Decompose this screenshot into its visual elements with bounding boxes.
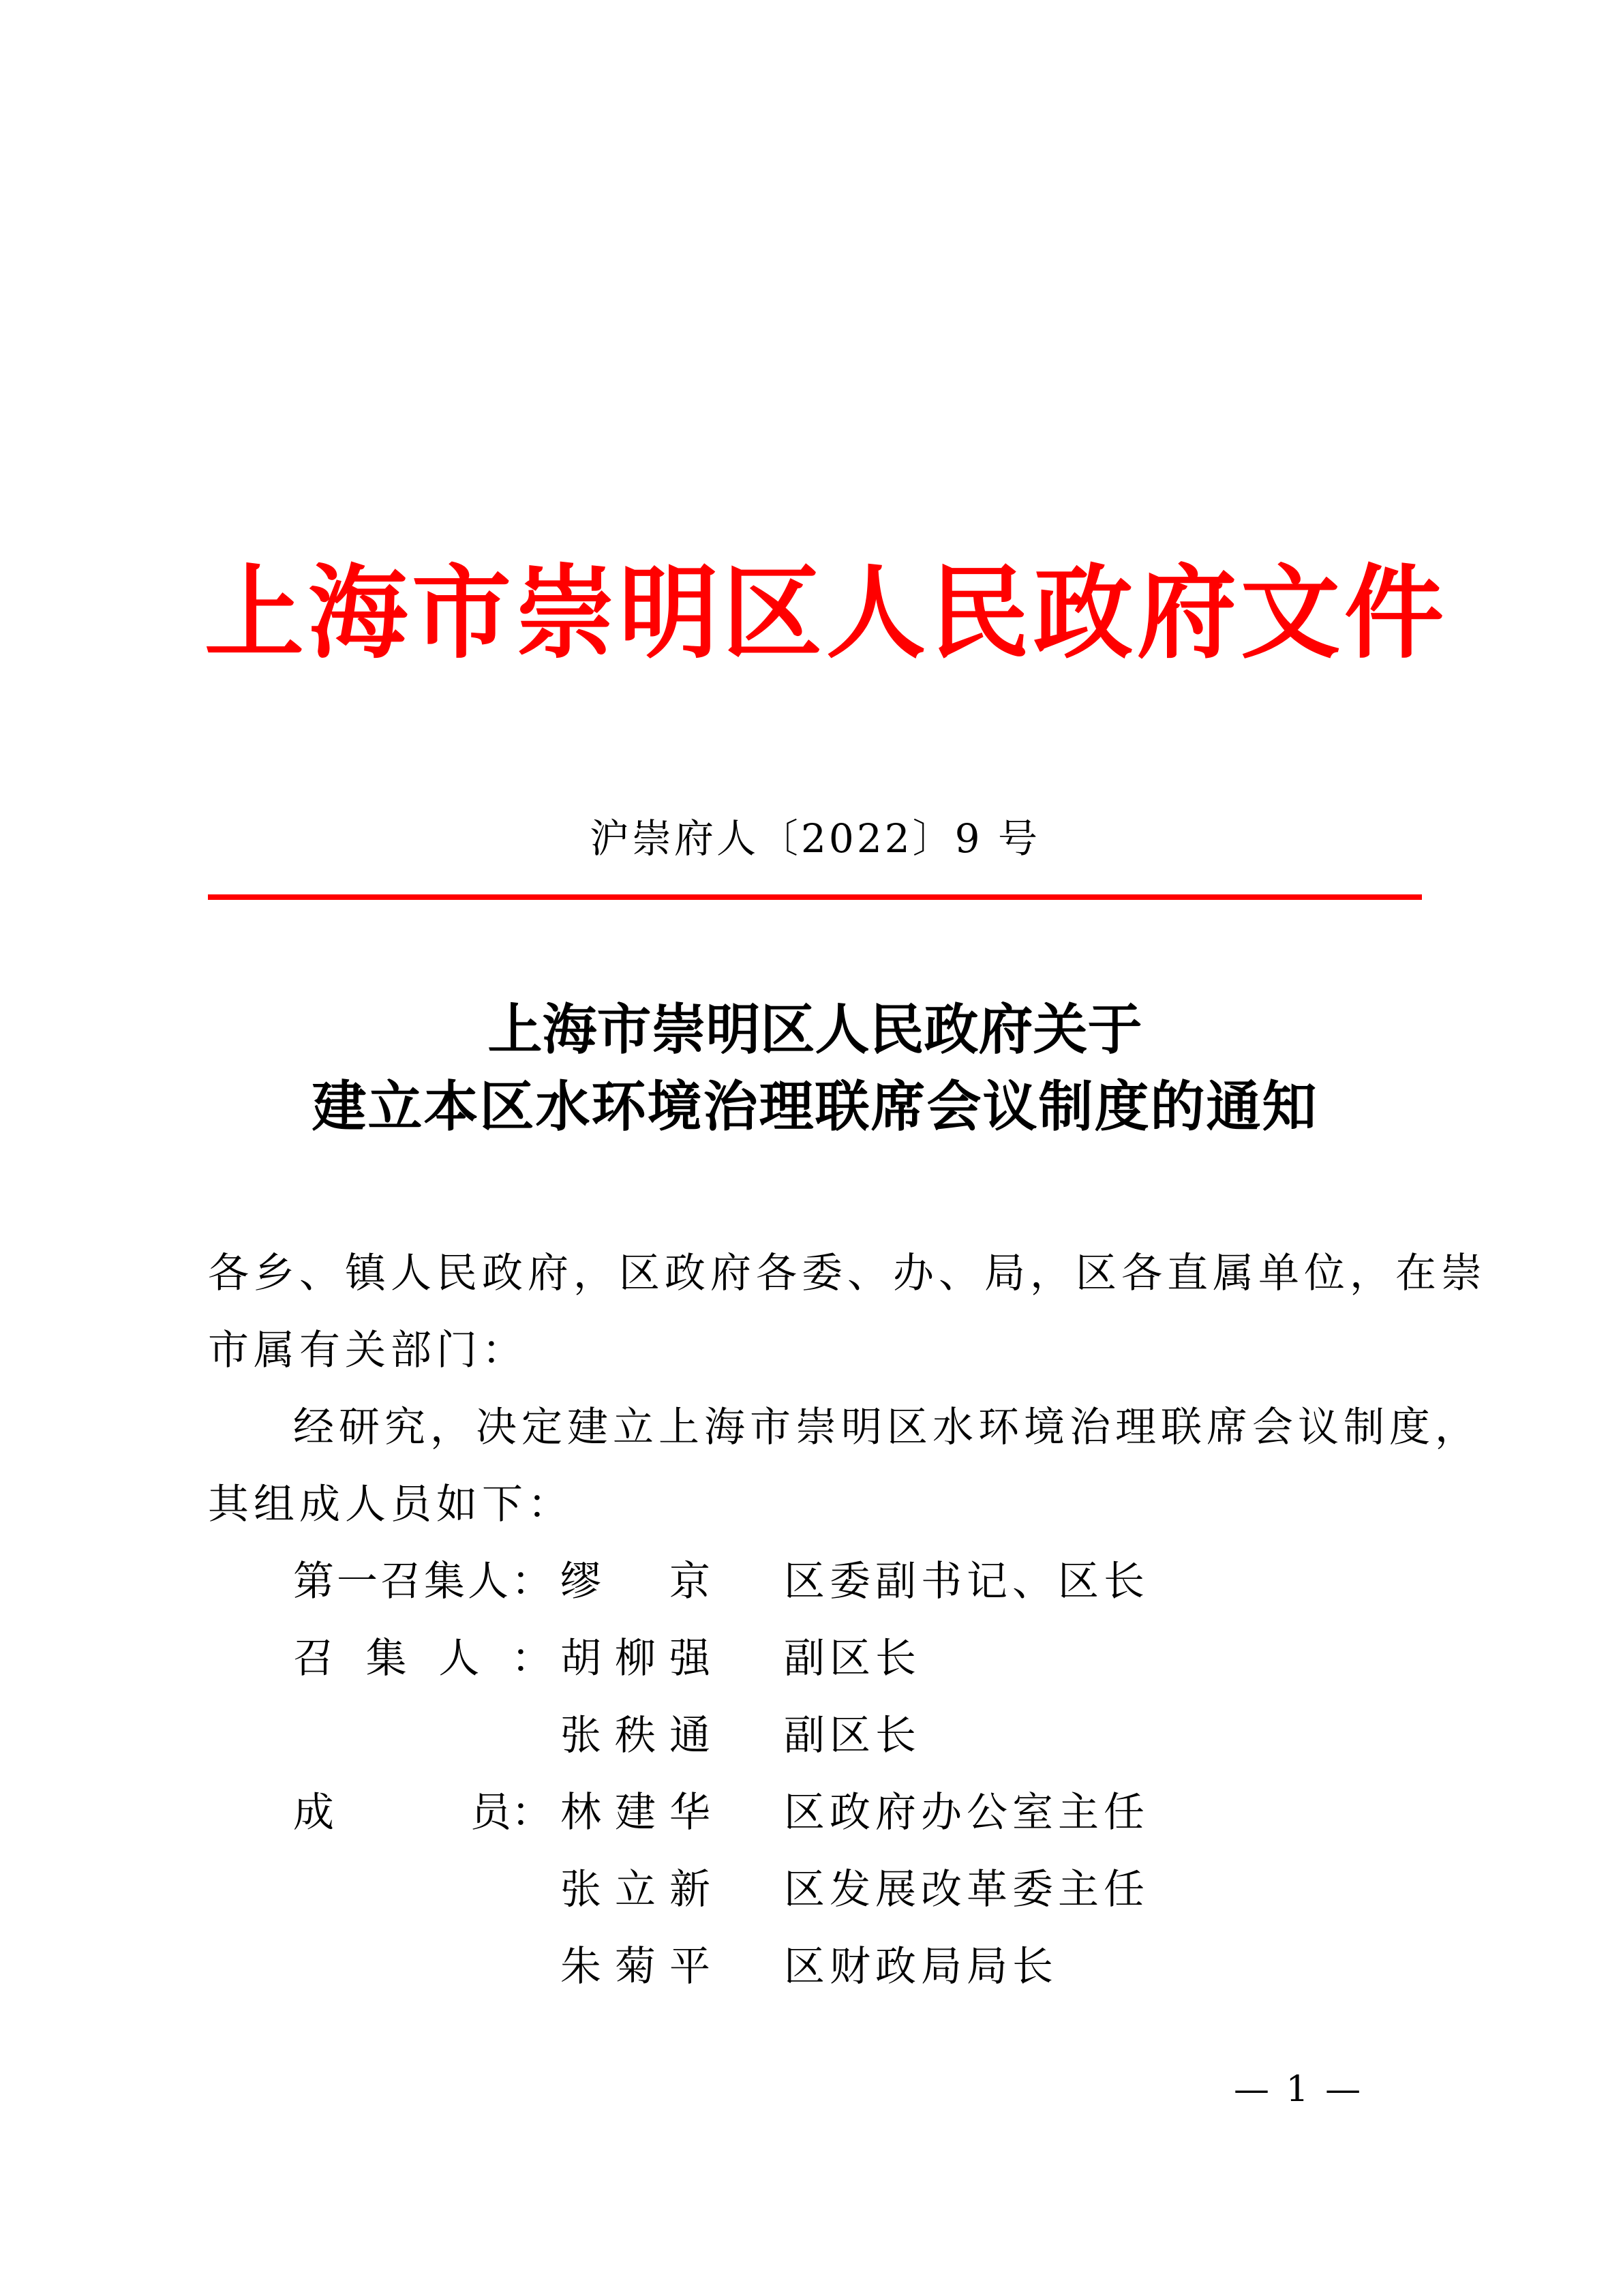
member-role: 第 一 召 集 人 ： <box>293 1554 552 1609</box>
document-title-line-1: 上海市崇明区人民政府关于 <box>208 992 1422 1067</box>
name-char: 强 <box>669 1631 710 1686</box>
role-char: 集 <box>424 1554 465 1609</box>
name-char: 张 <box>560 1862 601 1917</box>
role-colon: ： <box>511 1785 552 1840</box>
name-char: 通 <box>669 1708 710 1763</box>
red-divider-rule <box>208 894 1422 900</box>
member-position: 副区长 <box>784 1708 921 1763</box>
member-name: 林 建 华 <box>560 1785 710 1840</box>
paragraph-1-line-2: 其组成人员如下： <box>208 1477 573 1532</box>
name-char: 张 <box>560 1708 601 1763</box>
name-char: 立 <box>615 1862 656 1917</box>
member-name: 张 立 新 <box>560 1862 710 1917</box>
name-char: 胡 <box>560 1631 601 1686</box>
name-char: 林 <box>560 1785 601 1840</box>
document-title-line-2: 建立本区水环境治理联席会议制度的通知 <box>208 1069 1422 1144</box>
member-name: 张 秩 通 <box>560 1708 710 1763</box>
role-char: 第 <box>293 1554 334 1609</box>
name-char: 华 <box>669 1785 710 1840</box>
role-char: 集 <box>366 1631 407 1686</box>
page-number: — 1 — <box>1234 2066 1363 2113</box>
name-char: 京 <box>669 1554 710 1609</box>
member-role: 成 员 ： <box>293 1785 552 1840</box>
name-char: 柳 <box>615 1631 656 1686</box>
member-position: 区发展改革委主任 <box>784 1862 1149 1917</box>
addressee-line-2: 市属有关部门： <box>208 1323 528 1378</box>
role-char: 一 <box>337 1554 378 1609</box>
role-char: 成 <box>293 1785 334 1840</box>
name-char: 秩 <box>615 1708 656 1763</box>
role-char: 人 <box>468 1554 509 1609</box>
role-colon: ： <box>511 1554 552 1609</box>
member-name: 胡 柳 强 <box>560 1631 710 1686</box>
name-char: 新 <box>669 1862 710 1917</box>
masthead-title: 上海市崇明区人民政府文件 <box>204 552 1425 675</box>
role-char: 召 <box>380 1554 421 1609</box>
role-char: 召 <box>293 1631 334 1686</box>
member-position: 区委副书记、区长 <box>784 1554 1149 1609</box>
document-number: 沪崇府人〔2022〕9 号 <box>208 811 1422 866</box>
addressee-line-1: 各乡、镇人民政府，区政府各委、办、局，区各直属单位，在崇 <box>208 1246 1487 1301</box>
member-name: 朱 菊 平 <box>560 1939 710 1994</box>
member-position: 区政府办公室主任 <box>784 1785 1149 1840</box>
member-position: 区财政局局长 <box>784 1939 1058 1994</box>
member-name: 缪 京 <box>560 1554 710 1609</box>
name-char: 平 <box>669 1939 710 1994</box>
role-colon: ： <box>511 1631 552 1686</box>
document-page: 上海市崇明区人民政府文件 沪崇府人〔2022〕9 号 上海市崇明区人民政府关于 … <box>0 0 1623 2296</box>
member-position: 副区长 <box>784 1631 921 1686</box>
name-char: 菊 <box>615 1939 656 1994</box>
role-char: 人 <box>438 1631 479 1686</box>
name-char: 朱 <box>560 1939 601 1994</box>
name-char: 缪 <box>560 1554 601 1609</box>
name-char: 建 <box>615 1785 656 1840</box>
role-char: 员 <box>470 1785 511 1840</box>
paragraph-1-line-1: 经研究，决定建立上海市崇明区水环境治理联席会议制度， <box>293 1400 1481 1455</box>
member-role: 召 集 人 ： <box>293 1631 552 1686</box>
